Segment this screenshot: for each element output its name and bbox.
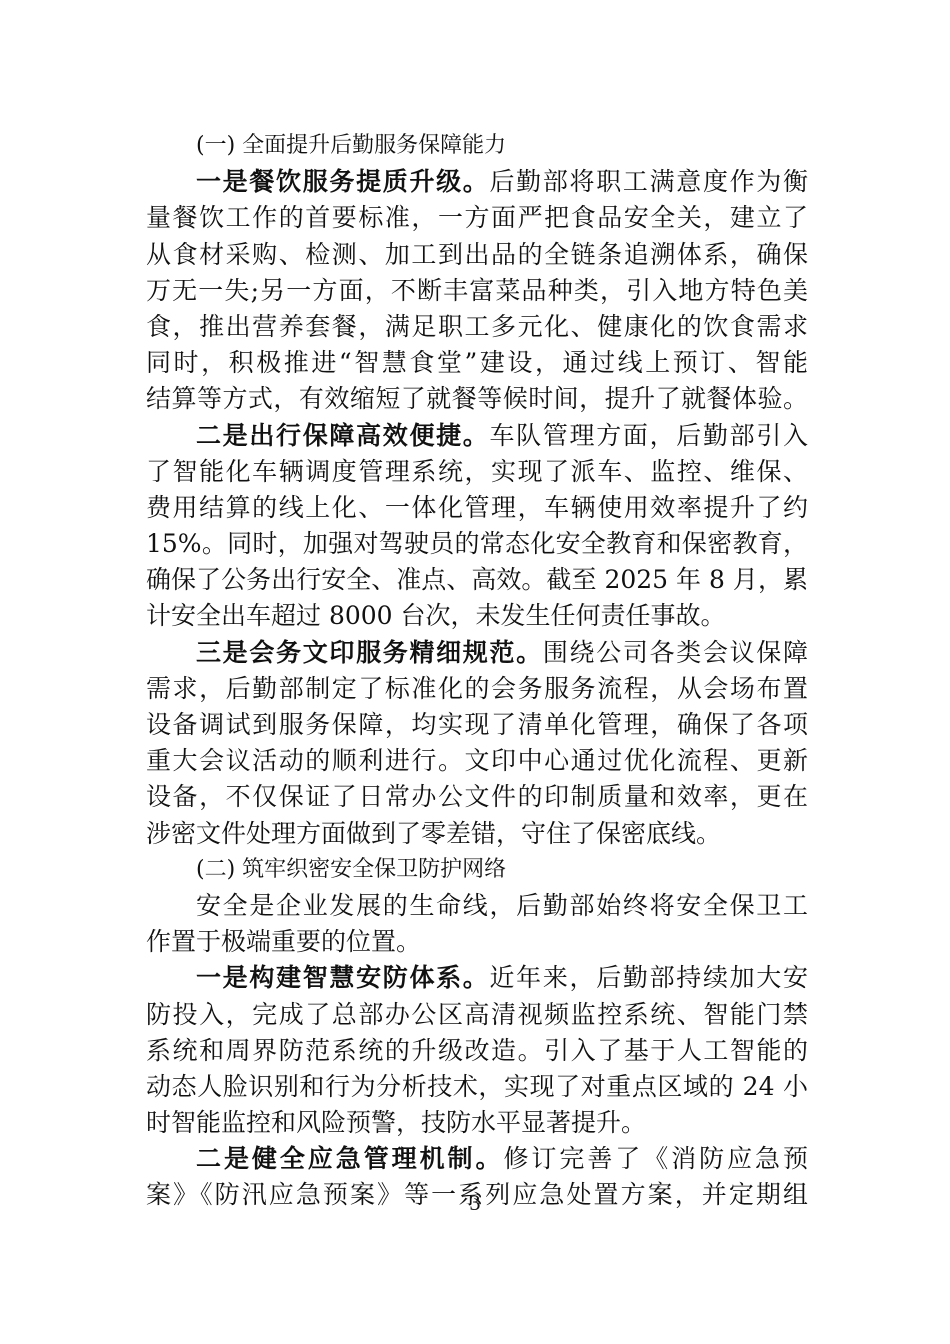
text-line: 量餐饮工作的首要标准，一方面严把食品安全关，建立了 [146,200,808,236]
text-line: 涉密文件处理方面做到了零差错，守住了保密底线。 [146,816,808,852]
text-line: 需求，后勤部制定了标准化的会务服务流程，从会场布置 [146,671,808,707]
paragraph-first-line: 二是健全应急管理机制。修订完善了《消防应急预 [146,1141,808,1177]
text-line: 万无一失;另一方面，不断丰富菜品种类，引入地方特色美 [146,273,808,309]
text-line: 动态人脸识别和行为分析技术，实现了对重点区域的 24 小 [146,1069,808,1105]
paragraph-first-line: 一是构建智慧安防体系。近年来，后勤部持续加大安 [146,960,808,996]
paragraph-first-line: 三是会务文印服务精细规范。围绕公司各类会议保障 [146,635,808,671]
page-number: 3 [0,1190,950,1216]
paragraph-first-line: 二是出行保障高效便捷。车队管理方面，后勤部引入 [146,418,808,454]
text-line: 作置于极端重要的位置。 [146,924,808,960]
text-line: 15%。同时，加强对驾驶员的常态化安全教育和保密教育， [146,526,808,562]
text-line: 了智能化车辆调度管理系统，实现了派车、监控、维保、 [146,454,808,490]
paragraph-lead: 一是餐饮服务提质升级。 [196,167,490,196]
text-line: 系统和周界防范系统的升级改造。引入了基于人工智能的 [146,1033,808,1069]
section-heading-1: (一) 全面提升后勤服务保障能力 [146,128,808,164]
text-line: 食，推出营养套餐，满足职工多元化、健康化的饮食需求 [146,309,808,345]
text-line: 确保了公务出行安全、准点、高效。截至 2025 年 8 月，累 [146,562,808,598]
paragraph-lead: 三是会务文印服务精细规范。 [196,638,543,667]
text-line: 费用结算的线上化、一体化管理，车辆使用效率提升了约 [146,490,808,526]
text-line: 设备调试到服务保障，均实现了清单化管理，确保了各项 [146,707,808,743]
text-line: 计安全出车超过 8000 台次，未发生任何责任事故。 [146,598,808,634]
paragraph-lead: 一是构建智慧安防体系。 [196,963,490,992]
text-line: 结算等方式，有效缩短了就餐等候时间，提升了就餐体验。 [146,381,808,417]
text-line: 重大会议活动的顺利进行。文印中心通过优化流程、更新 [146,743,808,779]
text-line: 时智能监控和风险预警，技防水平显著提升。 [146,1105,808,1141]
paragraph-first-line: 一是餐饮服务提质升级。后勤部将职工满意度作为衡 [146,164,808,200]
text-line: 从食材采购、检测、加工到出品的全链条追溯体系，确保 [146,237,808,273]
paragraph-lead: 二是出行保障高效便捷。 [196,421,490,450]
text-line: 安全是企业发展的生命线，后勤部始终将安全保卫工 [146,888,808,924]
paragraph-lead: 二是健全应急管理机制。 [196,1144,503,1173]
document-page: (一) 全面提升后勤服务保障能力 一是餐饮服务提质升级。后勤部将职工满意度作为衡… [146,128,808,1214]
section-heading-2: (二) 筑牢织密安全保卫防护网络 [146,852,808,888]
text-line: 设备，不仅保证了日常办公文件的印制质量和效率，更在 [146,779,808,815]
text-line: 同时，积极推进“智慧食堂”建设，通过线上预订、智能 [146,345,808,381]
text-line: 防投入，完成了总部办公区高清视频监控系统、智能门禁 [146,997,808,1033]
